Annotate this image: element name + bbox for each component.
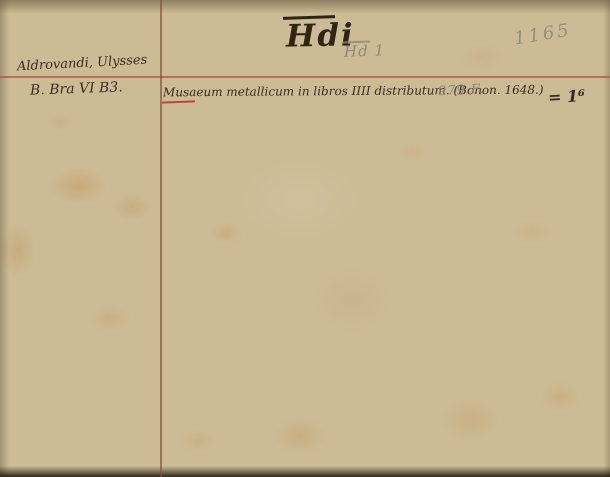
ruled-line-vertical	[160, 0, 162, 477]
ruled-line-horizontal	[0, 76, 610, 78]
title-red-underline	[162, 100, 195, 103]
old-shelfmark: B. Bra VI B3.	[30, 79, 123, 98]
price-mark: = 1⁶	[548, 86, 586, 107]
pencil-accession-number: 1165	[513, 20, 573, 50]
pencil-shelfmark: 979 F.	[438, 82, 485, 99]
title-entry: Musaeum metallicum in libros IIII distri…	[163, 83, 544, 100]
author-heading: Aldrovandi, Ulysses	[17, 53, 148, 75]
pencil-classification: Hd 1	[344, 41, 386, 60]
catalog-card: Hdi Hd 1 1165 Aldrovandi, Ulysses B. Bra…	[0, 0, 610, 477]
